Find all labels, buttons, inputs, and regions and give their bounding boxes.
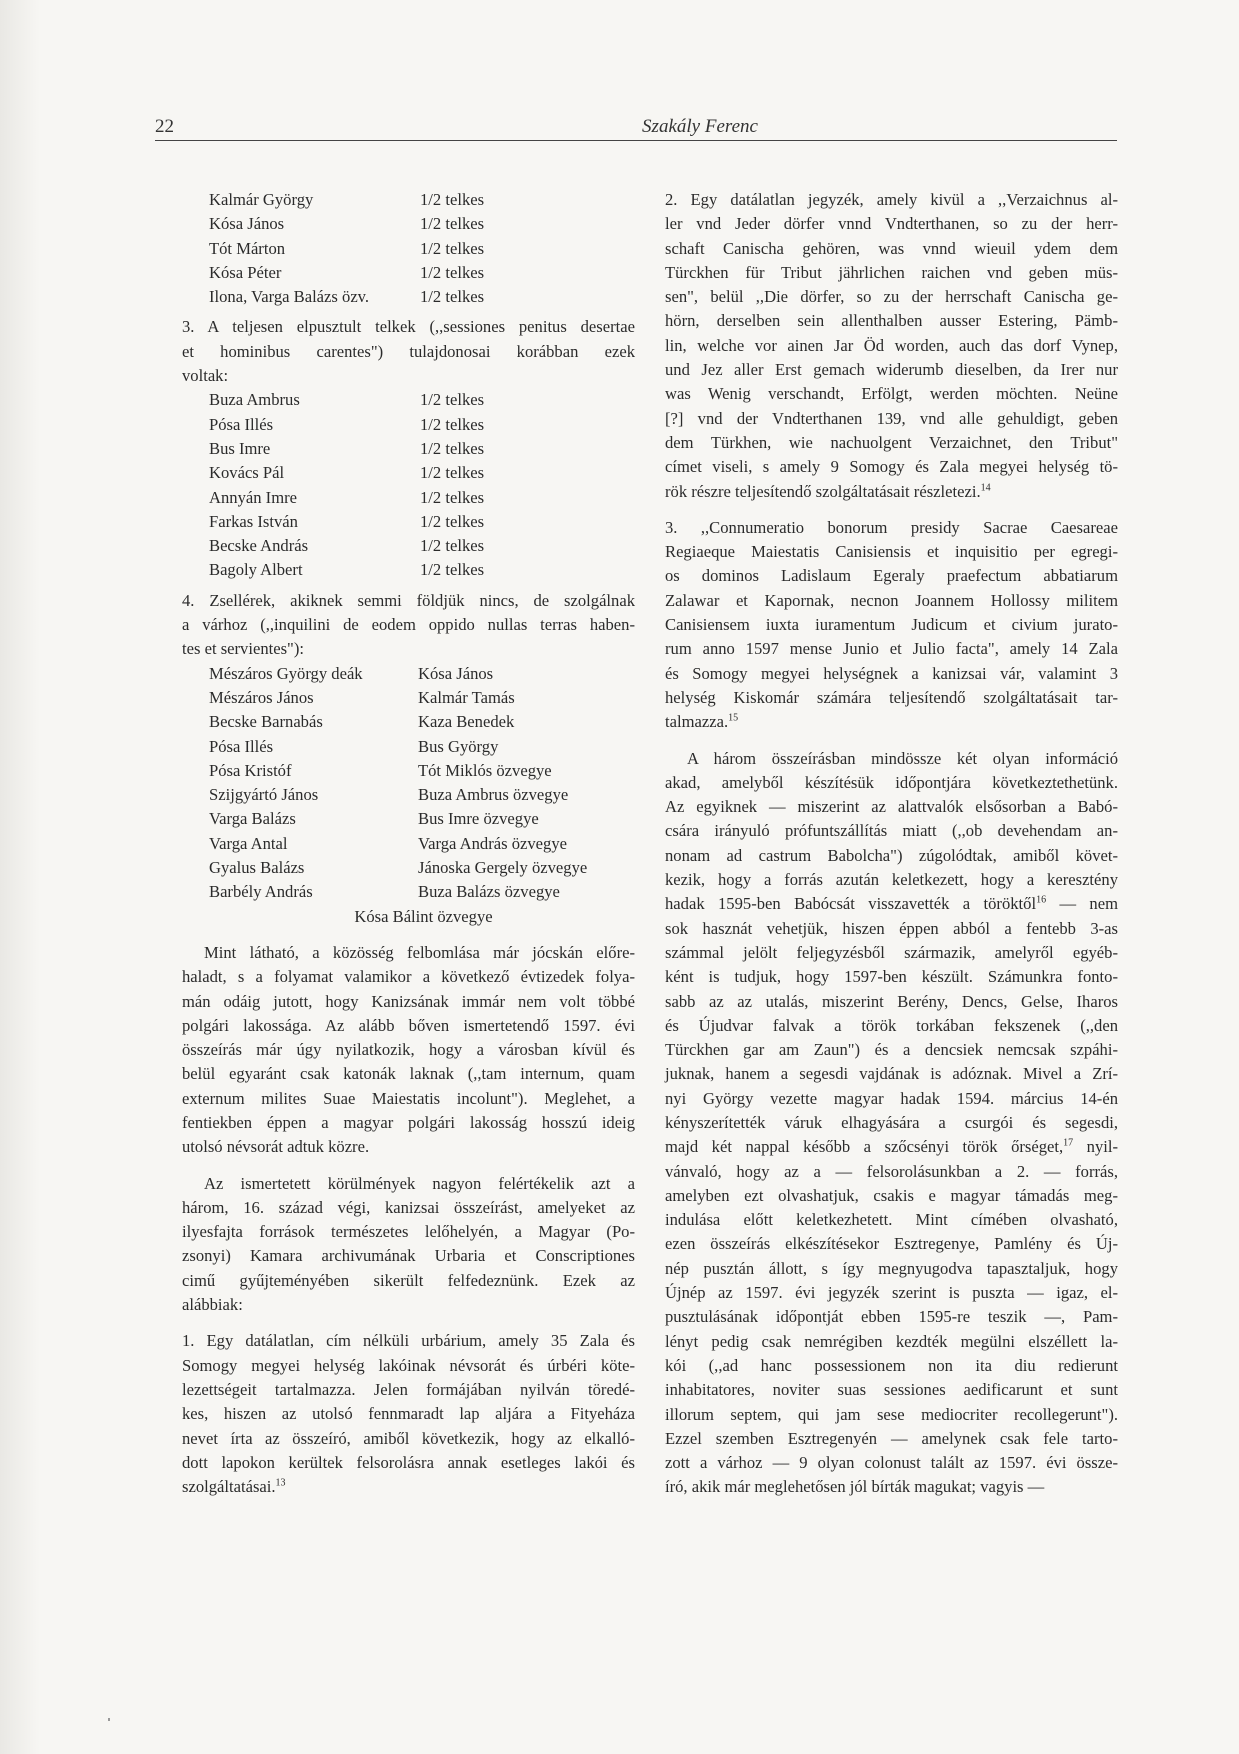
cottager-row: Barbély AndrásBuza Balázs özvegye: [182, 880, 635, 904]
section-3-intro: 3. A teljesen elpusztult telkek (,,sessi…: [182, 315, 635, 388]
text-line: talmazza.15: [665, 710, 1118, 734]
footnote-ref[interactable]: 13: [276, 1478, 286, 1489]
text-line: utolsó névsorát adtuk közre.: [182, 1135, 635, 1159]
text-line: címet viseli, s amely 9 Somogy és Zala m…: [665, 455, 1118, 479]
tenant-row: Kalmár György1/2 telkes: [182, 188, 635, 212]
text-line: cimű gyűjteményében sikerült felfedeznün…: [182, 1269, 635, 1293]
text-line: ezen összeírás elkészítésekor Esztregeny…: [665, 1232, 1118, 1256]
text-line: hadak 1595-ben Babócsát visszavették a t…: [665, 892, 1118, 916]
text-line: helység Kiskomár számára teljesítendő sz…: [665, 686, 1118, 710]
text-line: dott lapokon kerültek felsorolásra annak…: [182, 1451, 635, 1475]
cottager-row: Szijgyártó JánosBuza Ambrus özvegye: [182, 783, 635, 807]
entry-name-right: Kaza Benedek: [418, 710, 514, 734]
text-line: Regiaeque Maiestatis Canisiensis et inqu…: [665, 540, 1118, 564]
text-line: dem Türkhen, wie nachuolgent Verzaichnet…: [665, 431, 1118, 455]
entry-name: Becske Barnabás: [182, 710, 418, 734]
entry-name: Pósa Kristóf: [182, 759, 418, 783]
tenant-row: Bagoly Albert1/2 telkes: [182, 558, 635, 582]
text-line: három, 16. század végi, kanizsai összeír…: [182, 1196, 635, 1220]
cottager-row: Mészáros György deákKósa János: [182, 662, 635, 686]
entry-name: Buza Ambrus: [182, 388, 420, 412]
text-line: Somogy megyei helység lakóinak névsorát …: [182, 1354, 635, 1378]
text-line: schaft Canischa gehören, was vnnd wieuil…: [665, 237, 1118, 261]
text-line: Türckhen für Tribut jährlichen raichen v…: [665, 261, 1118, 285]
entry-name: Ilona, Varga Balázs özv.: [182, 285, 420, 309]
cottager-row: Varga BalázsBus Imre özvegye: [182, 807, 635, 831]
running-head-author: Szakály Ferenc: [155, 116, 1115, 138]
text-line: alábbiak:: [182, 1293, 635, 1317]
scan-edge-shadow: [0, 0, 40, 1754]
entry-share: 1/2 telkes: [420, 534, 484, 558]
text-line: 4. Zsellérek, akiknek semmi földjük ninc…: [182, 589, 635, 613]
paragraph-three-censuses: Az ismertetett körülmények nagyon felért…: [182, 1172, 635, 1318]
item-3-connumeratio: 3. ,,Connumeratio bonorum presidy Sacrae…: [665, 516, 1118, 735]
tenant-row: Buza Ambrus1/2 telkes: [182, 388, 635, 412]
entry-share: 1/2 telkes: [420, 285, 484, 309]
entry-name: Szijgyártó János: [182, 783, 418, 807]
text-line: a várhoz (,,inquilini de eodem oppido nu…: [182, 613, 635, 637]
tenant-row: Kovács Pál1/2 telkes: [182, 461, 635, 485]
text-line: csára irányuló prófuntszállítás miatt (,…: [665, 819, 1118, 843]
text-line: pusztulásának időpontját ebben 1595-re t…: [665, 1305, 1118, 1329]
cottager-row: Becske BarnabásKaza Benedek: [182, 710, 635, 734]
text-line: Canisiensem iuxta iuramentum Judicum et …: [665, 613, 1118, 637]
entry-share: 1/2 telkes: [420, 510, 484, 534]
entry-name: Varga Balázs: [182, 807, 418, 831]
entry-name: Mészáros György deák: [182, 662, 418, 686]
text-line: akad, amelyből készítésük időpontjára kö…: [665, 771, 1118, 795]
item-2-register: 2. Egy datálatlan jegyzék, amely kivül a…: [665, 188, 1118, 504]
text-line: lin, welche vor ainen Jar Öd worden, auc…: [665, 334, 1118, 358]
entry-name: Tót Márton: [182, 237, 420, 261]
text-line: zsonyi) Kamara archivumának Urbaria et C…: [182, 1244, 635, 1268]
entry-name: Bagoly Albert: [182, 558, 420, 582]
entry-name: Pósa Illés: [182, 735, 418, 759]
text-line: ilyesfajta források természetes lelőhely…: [182, 1220, 635, 1244]
tenant-row: Ilona, Varga Balázs özv.1/2 telkes: [182, 285, 635, 309]
tenant-row: Farkas István1/2 telkes: [182, 510, 635, 534]
text-line: és Somogy megyei helységnek a kanizsai v…: [665, 662, 1118, 686]
entry-name: Farkas István: [182, 510, 420, 534]
item-1-urbarium: 1. Egy datálatlan, cím nélküli urbárium,…: [182, 1329, 635, 1499]
entry-share: 1/2 telkes: [420, 188, 484, 212]
text-line: Zalawar et Kapornak, necnon Joannem Holl…: [665, 589, 1118, 613]
text-line: voltak:: [182, 364, 635, 388]
text-line: Ezzel szemben Esztregenyén — amelynek cs…: [665, 1427, 1118, 1451]
entry-name-right: Kalmár Tamás: [418, 686, 515, 710]
cottager-row: Mészáros JánosKalmár Tamás: [182, 686, 635, 710]
entry-name: Becske András: [182, 534, 420, 558]
entry-share: 1/2 telkes: [420, 413, 484, 437]
text-line: nyi György vezette magyar hadak 1594. má…: [665, 1087, 1118, 1111]
cottager-row: Pósa KristófTót Miklós özvegye: [182, 759, 635, 783]
left-column: Kalmár György1/2 telkesKósa János1/2 tel…: [182, 188, 635, 1499]
text-line: majd két nappal később a szőcsényi török…: [665, 1135, 1118, 1159]
entry-share: 1/2 telkes: [420, 461, 484, 485]
entry-name: Kósa Péter: [182, 261, 420, 285]
entry-name-right: Bus György: [418, 735, 498, 759]
text-line: hörn, derselben sein allenthalben ausser…: [665, 309, 1118, 333]
paragraph-community-dissolution: Mint látható, a közösség felbomlása már …: [182, 941, 635, 1160]
text-line: und Jez aller Erst gemach widerumb diese…: [665, 358, 1118, 382]
cottager-row: Pósa IllésBus György: [182, 735, 635, 759]
footnote-ref[interactable]: 17: [1063, 1138, 1073, 1149]
text-line: os dominos Ladislaum Egeraly praefectum …: [665, 564, 1118, 588]
text-line: ler vnd Jeder dörfer vnnd Vndterthanen, …: [665, 212, 1118, 236]
entry-name: Kovács Pál: [182, 461, 420, 485]
text-line: nevet írta az összeíró, amiből következi…: [182, 1427, 635, 1451]
text-line: juknak, hanem a segesdi vajdának is adóz…: [665, 1062, 1118, 1086]
header-rule: [155, 140, 1117, 141]
tenant-row: Pósa Illés1/2 telkes: [182, 413, 635, 437]
text-line: [?] vnd der Vndterthanen 139, vnd alle g…: [665, 407, 1118, 431]
text-line: mán odáig jutott, hogy Kanizsának immár …: [182, 990, 635, 1014]
text-line: kényszerítették váruk elhagyására a csur…: [665, 1111, 1118, 1135]
entry-share: 1/2 telkes: [420, 437, 484, 461]
entry-name: Mészáros János: [182, 686, 418, 710]
text-line: sen", belül ,,Die dörfer, so zu der herr…: [665, 285, 1118, 309]
text-line: Türckhen gar am Zaun") és a dencsiek nem…: [665, 1038, 1118, 1062]
text-line: rum anno 1597 mense Junio et Julio facta…: [665, 637, 1118, 661]
text-line: sabb az az utalás, miszerint Berény, Den…: [665, 990, 1118, 1014]
text-line: zott a várhoz — 9 olyan colonust talált …: [665, 1451, 1118, 1475]
text-line: polgári lakossága. Az alább bőven ismert…: [182, 1014, 635, 1038]
text-line: amelyben ezt olvashatjuk, csakis e magya…: [665, 1184, 1118, 1208]
text-line: inhabitatores, noviter suas sessiones ae…: [665, 1378, 1118, 1402]
text-line: fentiekben éppen a magyar polgári lakoss…: [182, 1111, 635, 1135]
footnote-ref[interactable]: 14: [981, 482, 991, 493]
entry-name: Pósa Illés: [182, 413, 420, 437]
entry-name-right: Buza Ambrus özvegye: [418, 783, 568, 807]
text-line: 1. Egy datálatlan, cím nélküli urbárium,…: [182, 1329, 635, 1353]
text-line: 3. A teljesen elpusztult telkek (,,sessi…: [182, 315, 635, 339]
text-line: haladt, s a folyamat valamikor a követke…: [182, 965, 635, 989]
text-line: szolgáltatásai.13: [182, 1475, 635, 1499]
tenant-row: Annyán Imre1/2 telkes: [182, 486, 635, 510]
text-line: ként is tudjuk, hogy 1597-ben készült. S…: [665, 965, 1118, 989]
tenant-row: Kósa János1/2 telkes: [182, 212, 635, 236]
text-line: rök részre teljesítendő szolgáltatásait …: [665, 480, 1118, 504]
entry-name: Kalmár György: [182, 188, 420, 212]
text-line: Az ismertetett körülmények nagyon felért…: [182, 1172, 635, 1196]
text-line: was Wenig verschandt, Erfölgt, werden mö…: [665, 382, 1118, 406]
text-line: és Újudvar falvak a török torkában feksz…: [665, 1014, 1118, 1038]
text-line: et hominibus carentes") tulajdonosai kor…: [182, 340, 635, 364]
tenant-row: Becske András1/2 telkes: [182, 534, 635, 558]
text-line: Az egyiknek — miszerint az alattvalók el…: [665, 795, 1118, 819]
cottager-row: Gyalus BalázsJánoska Gergely özvegye: [182, 856, 635, 880]
text-line: tes et servientes"):: [182, 637, 635, 661]
cottager-list-last: Kósa Bálint özvegye: [182, 905, 635, 929]
text-line: kói (,,ad hanc possessionem non ita diu …: [665, 1354, 1118, 1378]
text-line: A három összeírásban mindössze két olyan…: [665, 747, 1118, 771]
entry-name: Kósa János: [182, 212, 420, 236]
text-line: sok hasznát vehetjük, hiszen éppen abból…: [665, 917, 1118, 941]
entry-name: Annyán Imre: [182, 486, 420, 510]
tenant-row: Bus Imre1/2 telkes: [182, 437, 635, 461]
entry-name-right: Buza Balázs özvegye: [418, 880, 560, 904]
footnote-ref[interactable]: 15: [728, 713, 738, 724]
entry-name: Gyalus Balázs: [182, 856, 418, 880]
tenant-row: Kósa Péter1/2 telkes: [182, 261, 635, 285]
text-line: író, akik már meglehetősen jól bírták ma…: [665, 1475, 1118, 1499]
tenant-row: Tót Márton1/2 telkes: [182, 237, 635, 261]
entry-name-right: Varga András özvegye: [418, 832, 567, 856]
paragraph-dating-evidence: A három összeírásban mindössze két olyan…: [665, 747, 1118, 1500]
entry-name-right: Jánoska Gergely özvegye: [418, 856, 587, 880]
text-line: 2. Egy datálatlan jegyzék, amely kivül a…: [665, 188, 1118, 212]
tenant-list-b: Buza Ambrus1/2 telkesPósa Illés1/2 telke…: [182, 388, 635, 582]
tenant-list-a: Kalmár György1/2 telkesKósa János1/2 tel…: [182, 188, 635, 309]
entry-share: 1/2 telkes: [420, 237, 484, 261]
entry-name-right: Bus Imre özvegye: [418, 807, 539, 831]
entry-share: 1/2 telkes: [420, 261, 484, 285]
text-line: illorum septem, qui jam sese mediocriter…: [665, 1403, 1118, 1427]
footnote-ref[interactable]: 16: [1036, 895, 1046, 906]
text-line: belül egyaránt csak katonák laknak (,,ta…: [182, 1062, 635, 1086]
entry-name: Varga Antal: [182, 832, 418, 856]
text-line: indulása előtt keletkezhetett. Mint címé…: [665, 1208, 1118, 1232]
text-line: összeírás már úgy nyilatkozik, hogy a vá…: [182, 1038, 635, 1062]
text-line: nép pusztán állott, s így megnyugodva ta…: [665, 1257, 1118, 1281]
section-4-intro: 4. Zsellérek, akiknek semmi földjük ninc…: [182, 589, 635, 662]
text-line: vánvaló, hogy az a — felsorolásunkban a …: [665, 1160, 1118, 1184]
entry-share: 1/2 telkes: [420, 212, 484, 236]
text-line: Újnép az 1597. évi jegyzék szerint is pu…: [665, 1281, 1118, 1305]
text-line: externum milites Suae Maiestatis incolun…: [182, 1087, 635, 1111]
text-line: kes, hiszen az utolsó fennmaradt lap alj…: [182, 1402, 635, 1426]
cottager-row: Varga AntalVarga András özvegye: [182, 832, 635, 856]
entry-name: Bus Imre: [182, 437, 420, 461]
entry-name-right: Tót Miklós özvegye: [418, 759, 552, 783]
scan-artifact: [108, 1718, 110, 1721]
entry-share: 1/2 telkes: [420, 486, 484, 510]
text-line: kezik, hogy a forrás azután keletkezett,…: [665, 868, 1118, 892]
right-column: 2. Egy datálatlan jegyzék, amely kivül a…: [665, 188, 1118, 1500]
text-line: Mint látható, a közösség felbomlása már …: [182, 941, 635, 965]
text-line: 3. ,,Connumeratio bonorum presidy Sacrae…: [665, 516, 1118, 540]
cottager-list: Mészáros György deákKósa JánosMészáros J…: [182, 662, 635, 905]
entry-share: 1/2 telkes: [420, 558, 484, 582]
text-line: számmal jelölt feljegyzésből származik, …: [665, 941, 1118, 965]
entry-share: 1/2 telkes: [420, 388, 484, 412]
entry-name-right: Kósa János: [418, 662, 493, 686]
entry-name: Barbély András: [182, 880, 418, 904]
text-line: lényt pedig csak nemrégiben kezdték megü…: [665, 1330, 1118, 1354]
text-line: nonam ad castrum Babolcha") zúgolódtak, …: [665, 844, 1118, 868]
text-line: lezettségeit tartalmazza. Jelen formájáb…: [182, 1378, 635, 1402]
